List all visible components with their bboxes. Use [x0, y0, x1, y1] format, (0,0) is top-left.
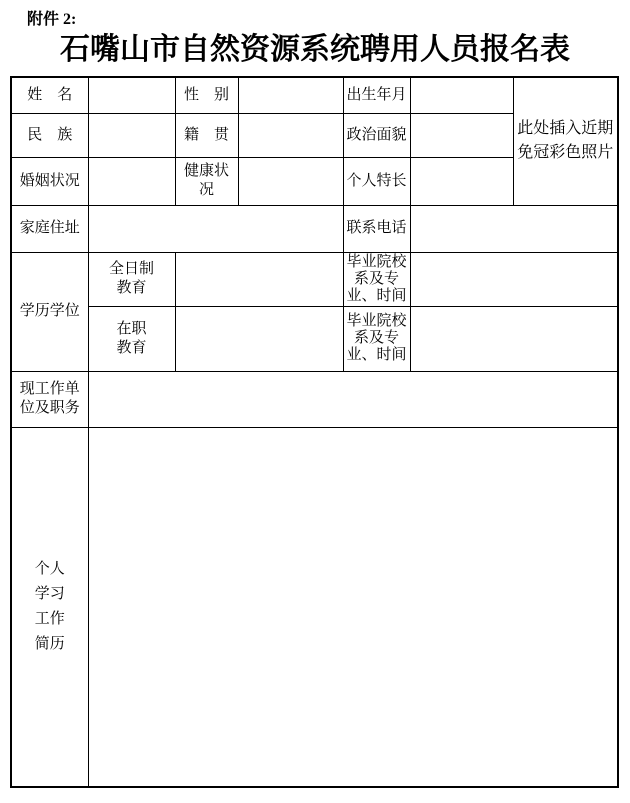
name-input[interactable] — [88, 77, 175, 113]
onjob-school-label: 毕业院校 系及专 业、时间 — [343, 306, 410, 371]
table-row: 学历学位 全日制 教育 毕业院校 系及专 业、时间 — [11, 252, 618, 306]
native-place-label: 籍 贯 — [175, 113, 238, 157]
document-page: 附件 2: 石嘴山市自然资源系统聘用人员报名表 姓 名 性 别 出生年月 此处插… — [0, 0, 630, 803]
fulltime-school-input[interactable] — [410, 252, 618, 306]
fulltime-school-label: 毕业院校 系及专 业、时间 — [343, 252, 410, 306]
health-status-label: 健康状 况 — [175, 157, 238, 205]
personal-resume-label: 个人 学习 工作 简历 — [11, 427, 88, 787]
political-status-label: 政治面貌 — [343, 113, 410, 157]
onjob-education-input[interactable] — [175, 306, 343, 371]
page-title: 石嘴山市自然资源系统聘用人员报名表 — [0, 31, 630, 69]
table-row: 家庭住址 联系电话 — [11, 205, 618, 252]
table-row: 姓 名 性 别 出生年月 此处插入近期 免冠彩色照片 — [11, 77, 618, 113]
birth-date-input[interactable] — [410, 77, 513, 113]
registration-form-table: 姓 名 性 别 出生年月 此处插入近期 免冠彩色照片 民 族 籍 贯 政治面貌 … — [10, 76, 619, 788]
fulltime-education-label: 全日制 教育 — [88, 252, 175, 306]
personal-resume-input[interactable] — [88, 427, 618, 787]
table-row: 个人 学习 工作 简历 — [11, 427, 618, 787]
fulltime-education-input[interactable] — [175, 252, 343, 306]
current-work-label: 现工作单 位及职务 — [11, 371, 88, 427]
gender-label: 性 别 — [175, 77, 238, 113]
health-status-input[interactable] — [238, 157, 343, 205]
birth-date-label: 出生年月 — [343, 77, 410, 113]
marital-status-label: 婚姻状况 — [11, 157, 88, 205]
home-address-label: 家庭住址 — [11, 205, 88, 252]
personal-specialty-input[interactable] — [410, 157, 513, 205]
attachment-label: 附件 2: — [27, 10, 76, 30]
home-address-input[interactable] — [88, 205, 343, 252]
current-work-input[interactable] — [88, 371, 618, 427]
native-place-input[interactable] — [238, 113, 343, 157]
education-degree-label: 学历学位 — [11, 252, 88, 371]
contact-phone-label: 联系电话 — [343, 205, 410, 252]
name-label: 姓 名 — [11, 77, 88, 113]
political-status-input[interactable] — [410, 113, 513, 157]
ethnicity-label: 民 族 — [11, 113, 88, 157]
table-row: 现工作单 位及职务 — [11, 371, 618, 427]
personal-specialty-label: 个人特长 — [343, 157, 410, 205]
contact-phone-input[interactable] — [410, 205, 618, 252]
photo-insert-cell[interactable]: 此处插入近期 免冠彩色照片 — [513, 77, 618, 205]
onjob-education-label: 在职 教育 — [88, 306, 175, 371]
onjob-school-input[interactable] — [410, 306, 618, 371]
table-row: 在职 教育 毕业院校 系及专 业、时间 — [11, 306, 618, 371]
marital-status-input[interactable] — [88, 157, 175, 205]
ethnicity-input[interactable] — [88, 113, 175, 157]
gender-input[interactable] — [238, 77, 343, 113]
